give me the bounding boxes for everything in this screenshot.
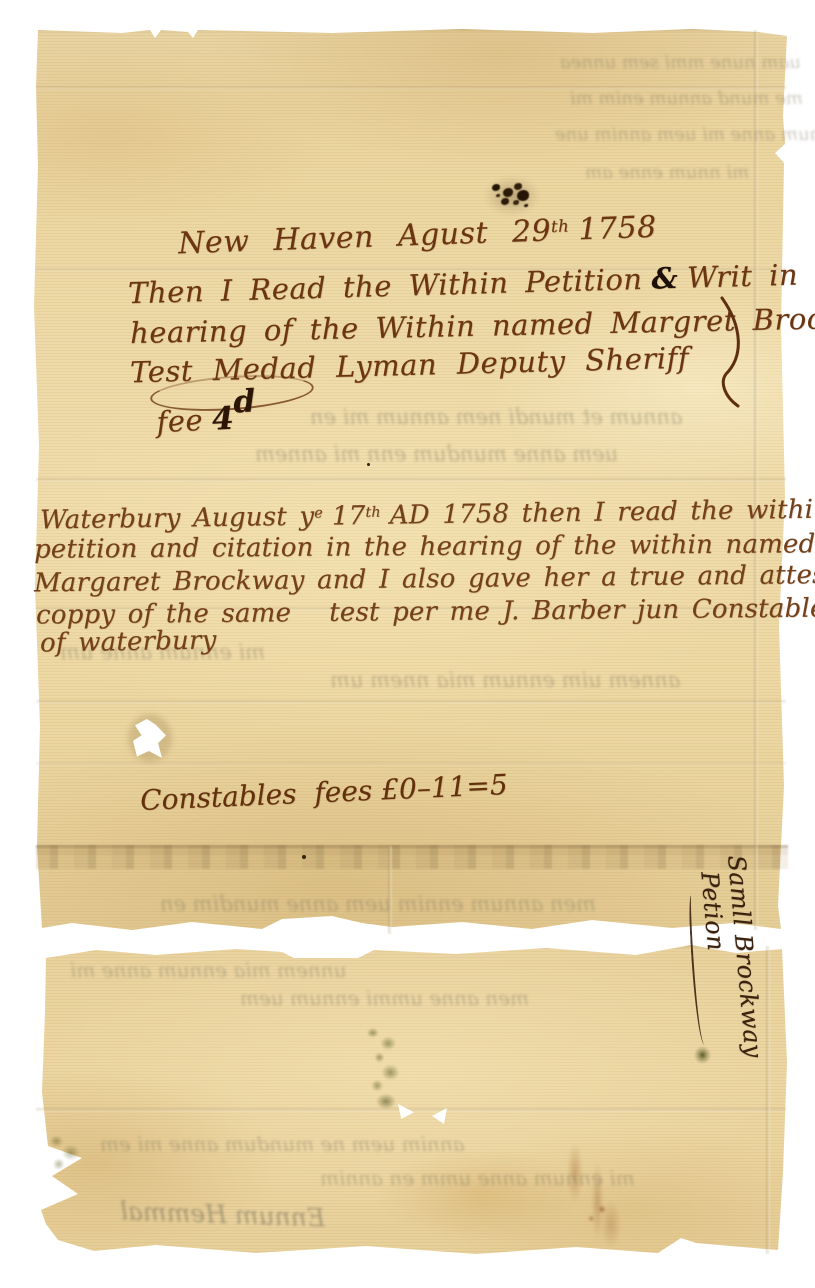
bleedthrough-line: uem anne mundum enn mi annem xyxy=(255,442,618,466)
dateline-superscript: th xyxy=(551,216,570,236)
closing-brace-stroke xyxy=(716,296,748,408)
superscript: e xyxy=(314,505,323,521)
bleedthrough-line: unnem mia ennum anne mi xyxy=(70,958,346,982)
ampersand: & xyxy=(651,261,679,296)
handwriting-line: of waterbury xyxy=(40,625,217,658)
vertical-crease xyxy=(388,846,392,934)
bleedthrough-line: uam nune mmi sem unnea xyxy=(560,52,801,73)
fold-grime-band xyxy=(36,845,788,869)
bleedthrough-line: annum et mundi nem annum mi en xyxy=(310,405,683,429)
bleedthrough-line: num anne mi uem annim une xyxy=(555,124,815,145)
bleedthrough-line: annem uim ennum mia nnem um xyxy=(330,668,680,692)
bleedthrough-line: annim uem ne mundum anne mi em xyxy=(100,1132,465,1156)
bleedthrough-line: me mund annum enim mi xyxy=(570,88,803,109)
fee-amount: 4 xyxy=(211,400,235,437)
dateline-year: 1758 xyxy=(578,210,658,248)
ink-speck xyxy=(302,855,306,859)
ink-blot-halo xyxy=(484,176,540,216)
fee-label: fee xyxy=(156,403,204,439)
vertical-crease xyxy=(766,946,770,1254)
fees-amount: £0–11=5 xyxy=(380,768,508,806)
mold-stain xyxy=(364,1024,408,1112)
bleedthrough-line: mi ennum anne umm en annim xyxy=(320,1166,635,1190)
constable-attestation: test per me J. Barber jun Constable xyxy=(329,594,815,628)
line-text: Writ in the xyxy=(687,256,815,295)
scanned-document: uam nune mmi sem unnea me mund annum eni… xyxy=(0,0,815,1288)
bleedthrough-line: men anne ummi ennum uem xyxy=(240,986,529,1010)
line-text: AD 1758 then I read the within xyxy=(390,494,815,530)
handwriting-fee: fee4d xyxy=(155,383,258,440)
mold-cluster xyxy=(42,1132,90,1178)
fold-crease xyxy=(36,700,786,704)
vertical-crease xyxy=(754,30,758,930)
fee-unit-superscript: d xyxy=(232,383,256,420)
line-text: 17 xyxy=(332,501,366,531)
handwriting-line: petition and citation in the hearing of … xyxy=(34,529,815,564)
bleedthrough-line: men annum ennim uem anne mundim en xyxy=(160,892,596,916)
superscript: th xyxy=(365,505,381,521)
tide-stain xyxy=(380,1150,580,1240)
line-text: Waterbury August y xyxy=(40,502,315,536)
fold-crease xyxy=(36,762,786,766)
bleedthrough-line: mi nnum enne am xyxy=(585,162,749,183)
fold-crease xyxy=(36,478,786,482)
